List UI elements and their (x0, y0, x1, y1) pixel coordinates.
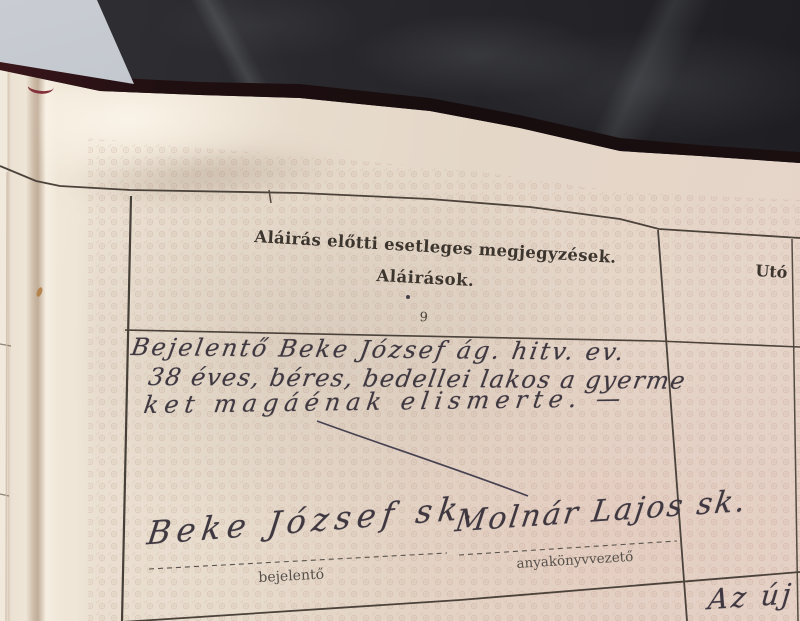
note-line-1: Bejelentő Beke József ág. hitv. ev. (129, 333, 628, 366)
next-entry-fragment: Az új (706, 577, 795, 616)
ink-dot (406, 295, 410, 299)
cancel-stroke (317, 421, 528, 496)
declarant-signature-dotted-line (149, 553, 447, 569)
registry-book-photo: Aláirás előtti esetleges megjegyzések. A… (0, 0, 800, 621)
right-column-header-fragment: Utó (755, 261, 788, 282)
entry-number: 9 (419, 310, 428, 325)
